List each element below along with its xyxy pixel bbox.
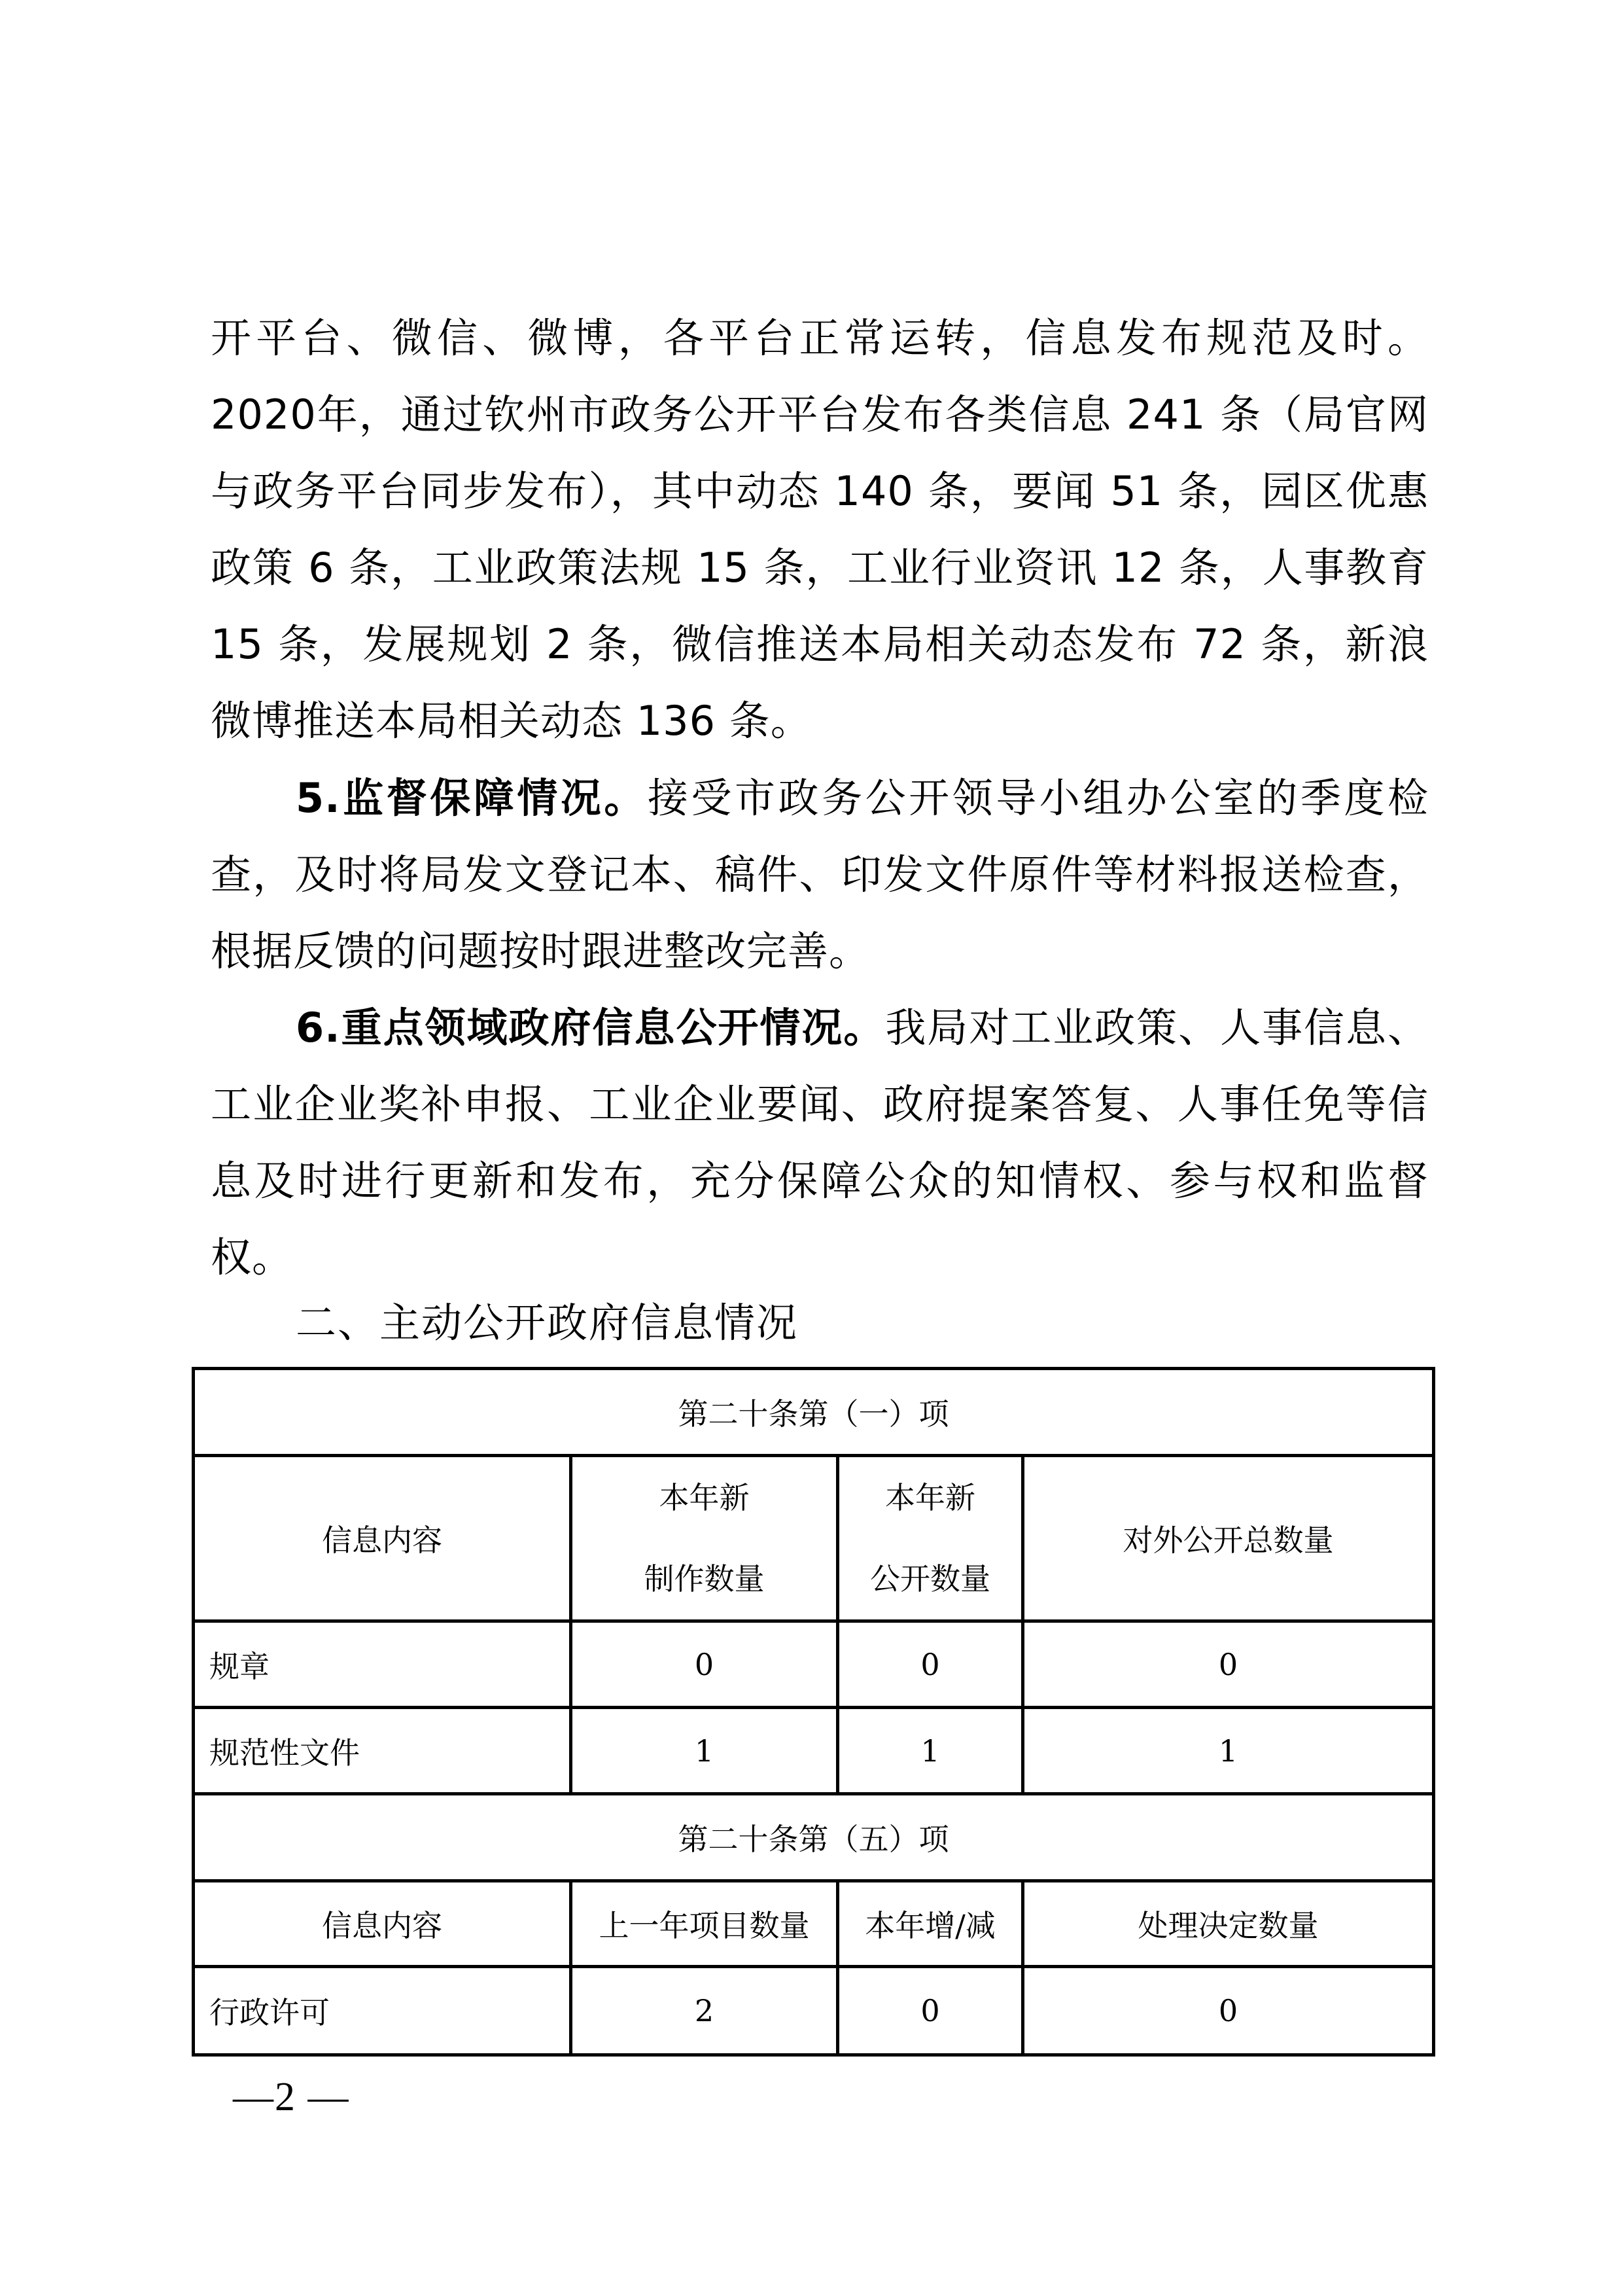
table-header-row: 信息内容 上一年项目数量 本年增/减 处理决定数量: [194, 1881, 1434, 1967]
table-section-title-row: 第二十条第（一）项: [194, 1369, 1434, 1456]
row-label: 规范性文件: [194, 1708, 571, 1794]
cell-published: 0: [838, 1621, 1023, 1708]
header-decision-count: 处理决定数量: [1023, 1881, 1434, 1967]
header-new-made: 本年新 制作数量: [571, 1456, 838, 1621]
paragraph-lead-heading: 5.监督保障情况。: [296, 774, 648, 822]
paragraph-lead-heading: 6.重点领域政府信息公开情况。: [296, 1004, 885, 1051]
cell-made: 1: [571, 1708, 838, 1794]
paragraph-key-areas: 6.重点领域政府信息公开情况。我局对工业政策、人事信息、工业企业奖补申报、工业企…: [211, 989, 1429, 1296]
header-prev-year-count: 上一年项目数量: [571, 1881, 838, 1967]
cell-made: 0: [571, 1621, 838, 1708]
paragraph-publishing-stats: 开平台、微信、微博，各平台正常运转，信息发布规范及时。2020年，通过钦州市政务…: [211, 300, 1429, 759]
cell-total: 1: [1023, 1708, 1434, 1794]
header-info-content: 信息内容: [194, 1881, 571, 1967]
section-title: 第二十条第（一）项: [194, 1369, 1434, 1456]
header-line: 本年新: [587, 1457, 822, 1538]
table-row: 规范性文件 1 1 1: [194, 1708, 1434, 1794]
cell-prev: 2: [571, 1967, 838, 2055]
header-line: 制作数量: [587, 1538, 822, 1619]
cell-change: 0: [838, 1967, 1023, 2055]
header-line: 本年新: [854, 1457, 1007, 1538]
header-info-content: 信息内容: [194, 1456, 571, 1621]
cell-total: 0: [1023, 1621, 1434, 1708]
row-label: 行政许可: [194, 1967, 571, 2055]
table-section-title-row: 第二十条第（五）项: [194, 1794, 1434, 1881]
paragraph-supervision: 5.监督保障情况。接受市政务公开领导小组办公室的季度检查，及时将局发文登记本、稿…: [211, 760, 1429, 989]
cell-decisions: 0: [1023, 1967, 1434, 2055]
table-row: 行政许可 2 0 0: [194, 1967, 1434, 2055]
header-line: 公开数量: [854, 1538, 1007, 1619]
section-title: 第二十条第（五）项: [194, 1794, 1434, 1881]
header-total-published: 对外公开总数量: [1023, 1456, 1434, 1621]
table-header-row: 信息内容 本年新 制作数量 本年新 公开数量 对外公开总数量: [194, 1456, 1434, 1621]
info-disclosure-table: 第二十条第（一）项 信息内容 本年新 制作数量 本年新 公开数量 对外公开总数量…: [192, 1367, 1435, 2057]
row-label: 规章: [194, 1621, 571, 1708]
paragraph-text: 开平台、微信、微博，各平台正常运转，信息发布规范及时。2020年，通过钦州市政务…: [211, 314, 1429, 745]
cell-published: 1: [838, 1708, 1023, 1794]
header-change: 本年增/减: [838, 1881, 1023, 1967]
header-new-published: 本年新 公开数量: [838, 1456, 1023, 1621]
table-row: 规章 0 0 0: [194, 1621, 1434, 1708]
page-number: —2 —: [233, 2074, 350, 2121]
section-heading: 二、主动公开政府信息情况: [296, 1290, 798, 1356]
